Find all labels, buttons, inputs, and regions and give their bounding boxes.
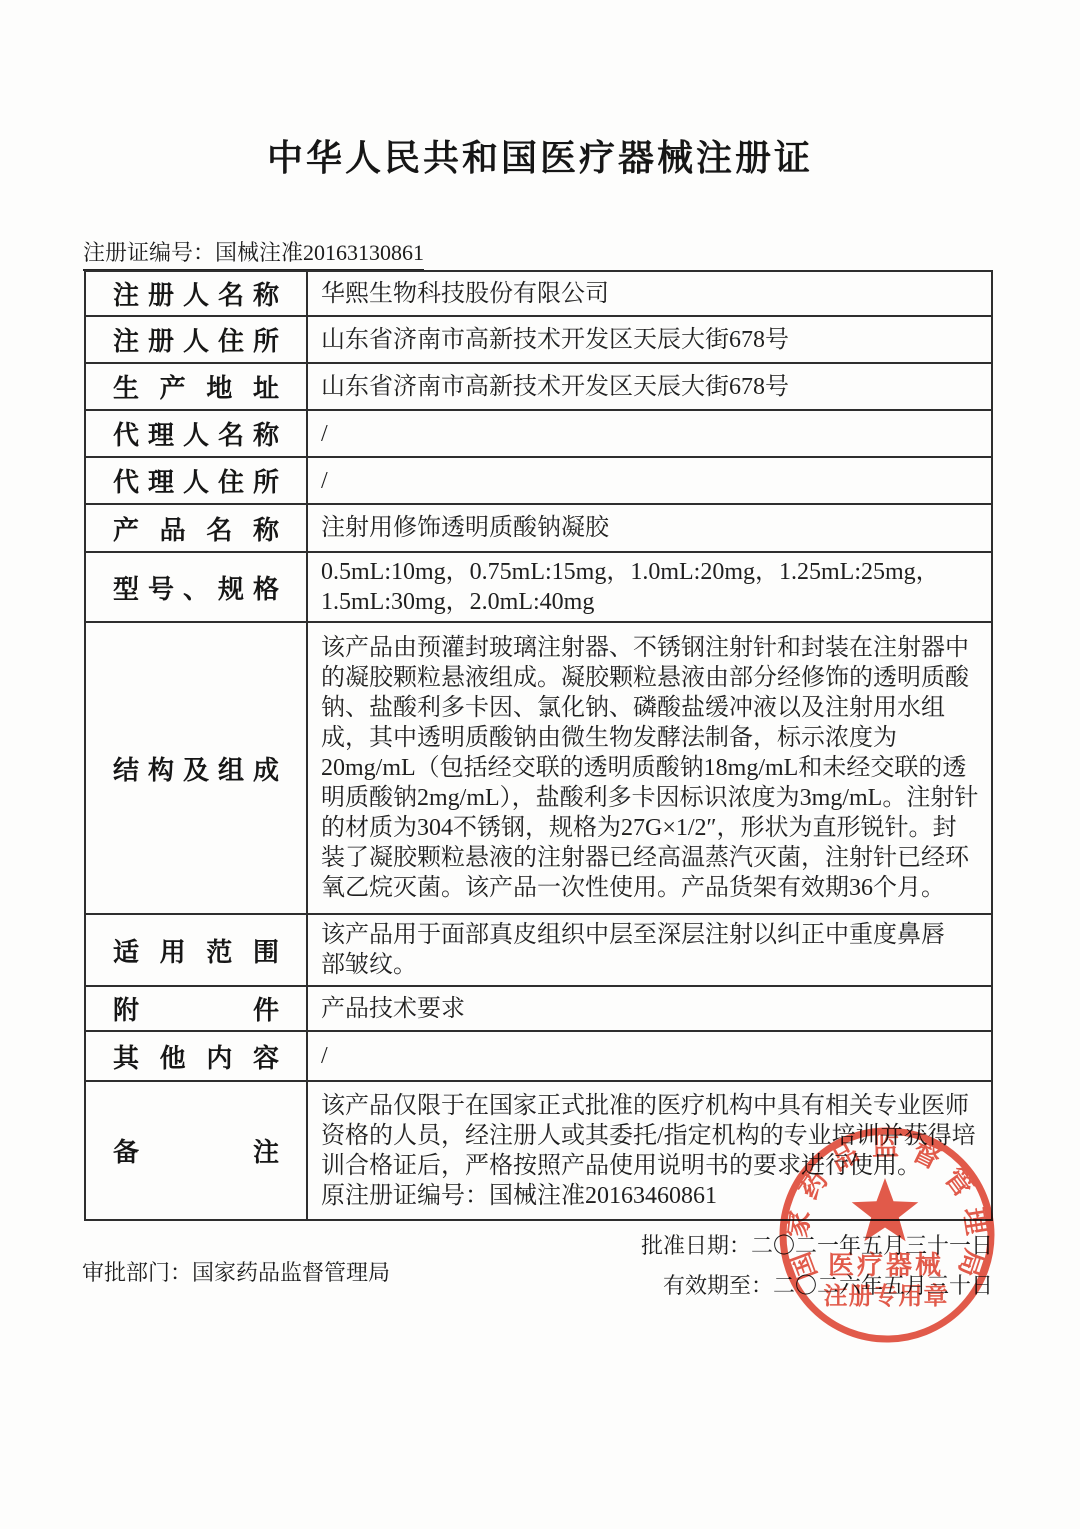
approval-department-line: 审批部门：国家药品监督管理局 [82, 1256, 390, 1287]
table-row-other-content: 其他内容 / [85, 1031, 992, 1081]
field-value: 0.5mL:10mg，0.75mL:15mg，1.0mL:20mg，1.25mL… [307, 552, 992, 622]
field-value: / [307, 410, 992, 457]
field-value: / [307, 1031, 992, 1081]
field-value: / [307, 457, 992, 504]
table-row-model-spec: 型号、规格 0.5mL:10mg，0.75mL:15mg，1.0mL:20mg，… [85, 552, 992, 622]
field-label: 其他内容 [85, 1031, 307, 1081]
table-row-product-name: 产品名称 注射用修饰透明质酸钠凝胶 [85, 504, 992, 552]
field-label: 代理人名称 [85, 410, 307, 457]
field-value: 该产品用于面部真皮组织中层至深层注射以纠正中重度鼻唇 部皱纹。 [307, 914, 992, 986]
valid-until-line: 有效期至：二〇二六年五月三十日 [641, 1266, 993, 1306]
field-label: 结构及组成 [85, 622, 307, 914]
table-row-registrant-name: 注册人名称 华熙生物科技股份有限公司 [85, 271, 992, 316]
field-label: 代理人住所 [85, 457, 307, 504]
approval-date-line: 批准日期：二〇二一年五月三十一日 [641, 1226, 993, 1266]
field-label: 附件 [85, 986, 307, 1031]
field-value: 该产品仅限于在国家正式批准的医疗机构中具有相关专业医师资格的人员，经注册人或其委… [307, 1081, 992, 1220]
registration-table: 注册人名称 华熙生物科技股份有限公司 注册人住所 山东省济南市高新技术开发区天辰… [84, 270, 993, 1221]
field-label: 生产地址 [85, 363, 307, 410]
page-title: 中华人民共和国医疗器械注册证 [0, 130, 1080, 181]
field-value: 产品技术要求 [307, 986, 992, 1031]
table-row-registrant-address: 注册人住所 山东省济南市高新技术开发区天辰大街678号 [85, 316, 992, 363]
footer-dates: 批准日期：二〇二一年五月三十一日 有效期至：二〇二六年五月三十日 [641, 1226, 993, 1306]
field-label: 产品名称 [85, 504, 307, 552]
table-row-agent-name: 代理人名称 / [85, 410, 992, 457]
table-row-intended-use: 适用范围 该产品用于面部真皮组织中层至深层注射以纠正中重度鼻唇 部皱纹。 [85, 914, 992, 986]
field-label: 适用范围 [85, 914, 307, 986]
table-row-agent-address: 代理人住所 / [85, 457, 992, 504]
field-value: 注射用修饰透明质酸钠凝胶 [307, 504, 992, 552]
field-label: 注册人名称 [85, 271, 307, 316]
table-row-remarks: 备注 该产品仅限于在国家正式批准的医疗机构中具有相关专业医师资格的人员，经注册人… [85, 1081, 992, 1220]
field-value: 华熙生物科技股份有限公司 [307, 271, 992, 316]
table-row-structure-composition: 结构及组成 该产品由预灌封玻璃注射器、不锈钢注射针和封装在注射器中的凝胶颗粒悬液… [85, 622, 992, 914]
field-label: 型号、规格 [85, 552, 307, 622]
field-value: 山东省济南市高新技术开发区天辰大街678号 [307, 316, 992, 363]
field-value: 该产品由预灌封玻璃注射器、不锈钢注射针和封装在注射器中的凝胶颗粒悬液组成。凝胶颗… [307, 622, 992, 914]
field-label: 备注 [85, 1081, 307, 1220]
table-row-production-address: 生产地址 山东省济南市高新技术开发区天辰大街678号 [85, 363, 992, 410]
field-label: 注册人住所 [85, 316, 307, 363]
scanned-certificate-page: { "page": { "title": "中华人民共和国医疗器械注册证" },… [0, 0, 1080, 1529]
field-value: 山东省济南市高新技术开发区天辰大街678号 [307, 363, 992, 410]
table-row-attachment: 附件 产品技术要求 [85, 986, 992, 1031]
certificate-number-line: 注册证编号：国械注准20163130861 [83, 236, 424, 271]
